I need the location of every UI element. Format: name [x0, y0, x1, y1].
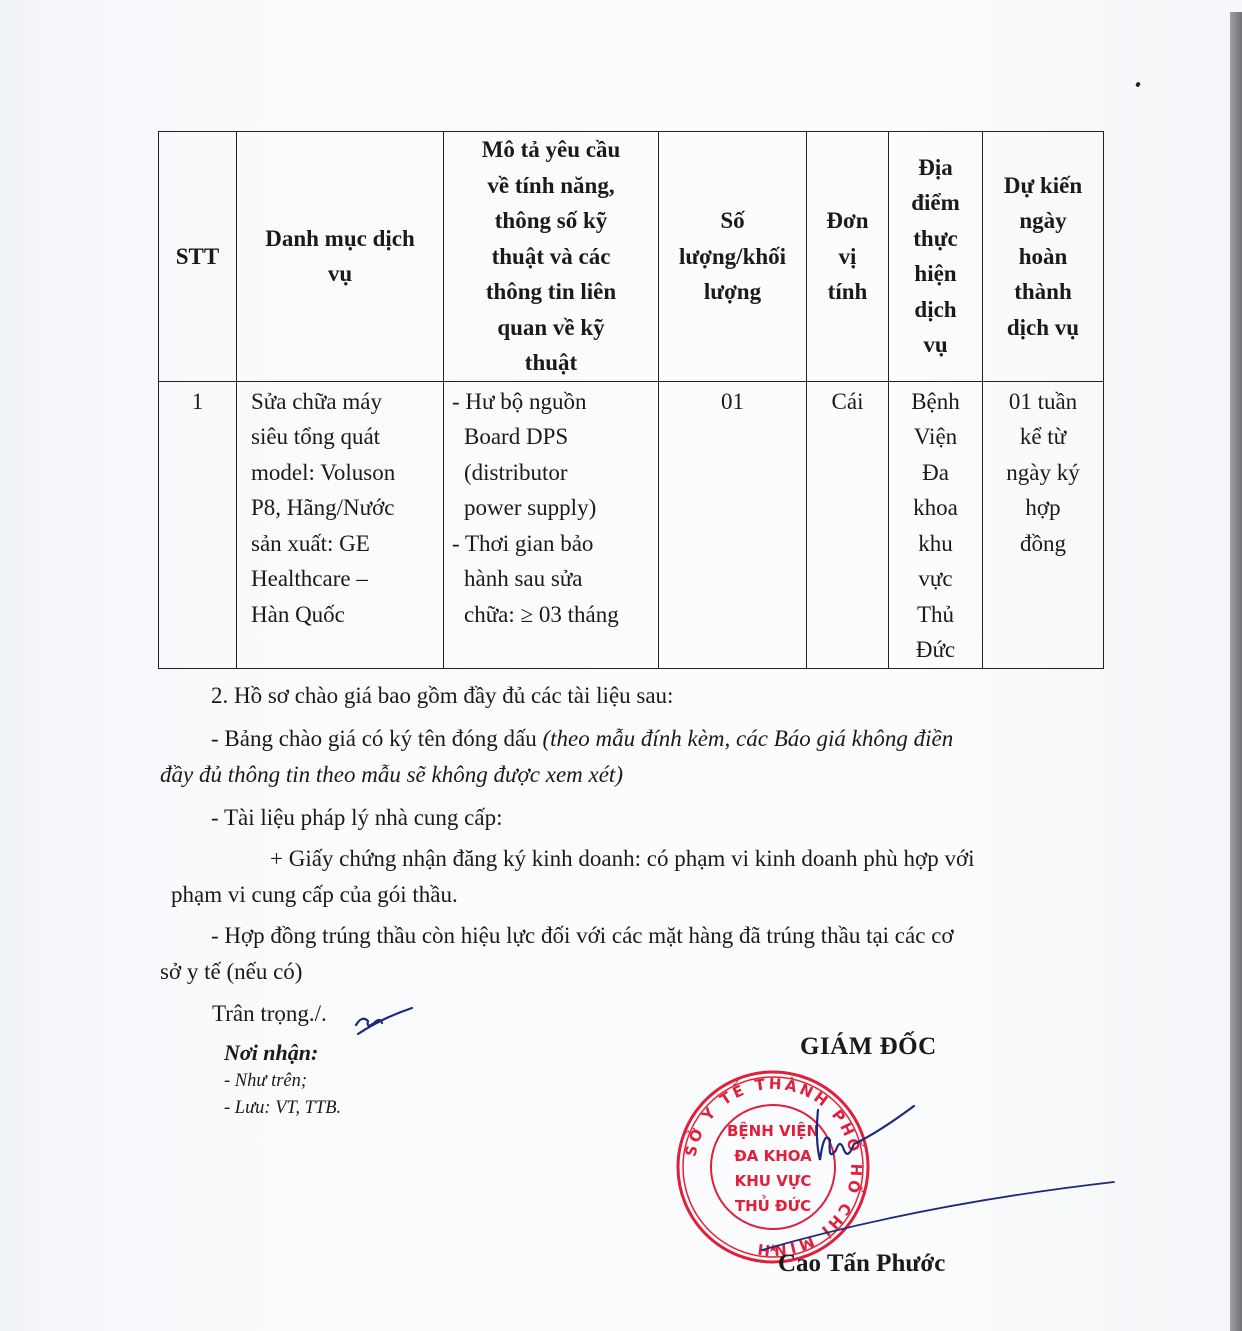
business-license-line1: + Giấy chứng nhận đăng ký kinh doanh: có…: [270, 841, 975, 877]
scan-edge-shadow: [1230, 12, 1242, 1331]
contract-requirement-line1: - Hợp đồng trúng thầu còn hiệu lực đối v…: [211, 918, 954, 954]
table-header-row: STTDanh mục dịchvụMô tả yêu cầuvề tính n…: [159, 132, 1104, 382]
description-item: - Thơi gian bảohành sau sửachữa: ≥ 03 th…: [452, 526, 658, 633]
cell-quantity: 01: [659, 381, 807, 668]
column-header: STT: [159, 132, 237, 382]
svg-text:BỆNH VIỆN: BỆNH VIỆN: [727, 1120, 819, 1140]
quote-requirement-line1: - Bảng chào giá có ký tên đóng dấu (theo…: [211, 721, 953, 757]
column-header: Đơnvịtính: [807, 132, 889, 382]
svg-text:ĐA KHOA: ĐA KHOA: [734, 1147, 812, 1165]
cell-unit: Cái: [807, 381, 889, 668]
contract-requirement-line2: sở y tế (nếu có): [160, 954, 302, 990]
cell-service: Sửa chữa máysiêu tổng quátmodel: Voluson…: [237, 381, 444, 668]
cell-location: BệnhViệnĐakhoakhuvựcThủĐức: [889, 381, 983, 668]
signer-name: Cao Tấn Phước: [778, 1250, 945, 1278]
column-header: Địađiểmthựchiệndịchvụ: [889, 132, 983, 382]
column-header: Sốlượng/khốilượng: [659, 132, 807, 382]
recipient-item: - Như trên;: [224, 1071, 307, 1092]
business-license-line2: phạm vi cung cấp của gói thầu.: [171, 877, 458, 913]
legal-docs-heading: - Tài liệu pháp lý nhà cung cấp:: [211, 800, 502, 836]
svg-text:KHU VỰC: KHU VỰC: [735, 1172, 812, 1190]
svg-text:THỦ ĐỨC: THỦ ĐỨC: [735, 1194, 811, 1215]
column-header: Danh mục dịchvụ: [237, 132, 444, 382]
description-item: - Hư bộ nguồnBoard DPS(distributorpower …: [452, 384, 658, 526]
svg-text:★: ★: [768, 1241, 779, 1255]
table-row: 1 Sửa chữa máysiêu tổng quátmodel: Volus…: [159, 381, 1104, 668]
quote-note-line1: (theo mẫu đính kèm, các Báo giá không đi…: [543, 726, 954, 751]
closing-text: Trân trọng./.: [212, 996, 327, 1032]
recipient-item: - Lưu: VT, TTB.: [224, 1098, 341, 1119]
quote-prefix: - Bảng chào giá có ký tên đóng dấu: [211, 726, 543, 751]
recipients-title: Nơi nhận:: [224, 1040, 318, 1066]
column-header: Dự kiếnngàyhoànthànhdịch vụ: [983, 132, 1104, 382]
cell-stt: 1: [159, 381, 237, 668]
quote-note-line2: đầy đủ thông tin theo mẫu sẽ không được …: [160, 757, 623, 793]
official-stamp: SỞ Y TẾ THÀNH PHỐ HỒ CHÍ MINH BỆNH VIỆNĐ…: [674, 1068, 872, 1266]
cell-completion: 01 tuầnkể từngày kýhợpđồng: [983, 381, 1104, 668]
column-header: Mô tả yêu cầuvề tính năng,thông số kỹthu…: [444, 132, 659, 382]
section-2-heading: 2. Hồ sơ chào giá bao gồm đầy đủ các tài…: [211, 678, 673, 714]
services-table: STTDanh mục dịchvụMô tả yêu cầuvề tính n…: [158, 131, 1104, 669]
signer-role: GIÁM ĐỐC: [800, 1033, 937, 1061]
cell-description: - Hư bộ nguồnBoard DPS(distributorpower …: [444, 381, 659, 668]
